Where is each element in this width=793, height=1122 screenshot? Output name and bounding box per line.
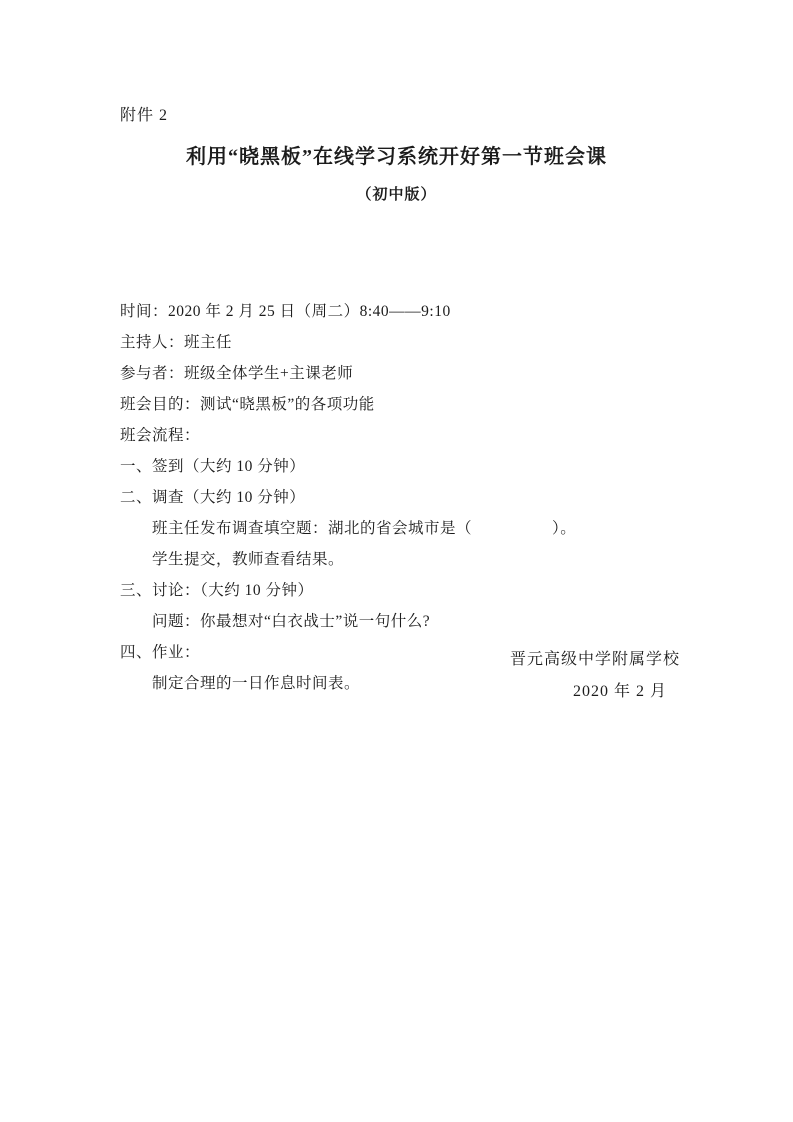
body-line: 时间：2020 年 2 月 25 日（周二）8:40——9:10 bbox=[120, 296, 698, 327]
body-line: 班会目的：测试“晓黑板”的各项功能 bbox=[120, 389, 698, 420]
attachment-label: 附件 2 bbox=[120, 102, 168, 125]
body-line: 学生提交，教师查看结果。 bbox=[120, 544, 698, 575]
signature-block: 晋元高级中学附属学校 2020 年 2 月 bbox=[510, 644, 680, 707]
signature-date: 2020 年 2 月 bbox=[510, 676, 680, 708]
document-page: 附件 2 利用“晓黑板”在线学习系统开好第一节班会课 （初中版） 时间：2020… bbox=[0, 0, 793, 1122]
document-subtitle: （初中版） bbox=[0, 183, 793, 204]
body-line: 班主任发布调查填空题：湖北的省会城市是（ ）。 bbox=[120, 513, 698, 544]
document-title: 利用“晓黑板”在线学习系统开好第一节班会课 bbox=[0, 140, 793, 169]
body-line: 主持人：班主任 bbox=[120, 327, 698, 358]
body-lines: 时间：2020 年 2 月 25 日（周二）8:40——9:10主持人：班主任参… bbox=[120, 203, 698, 699]
body-line: 三、讨论：（大约 10 分钟） bbox=[120, 575, 698, 606]
body-line: 一、签到（大约 10 分钟） bbox=[120, 451, 698, 482]
signature-school: 晋元高级中学附属学校 bbox=[510, 644, 680, 676]
body-line: 问题：你最想对“白衣战士”说一句什么? bbox=[120, 606, 698, 637]
body-line: 二、调查（大约 10 分钟） bbox=[120, 482, 698, 513]
body-line: 参与者：班级全体学生+主课老师 bbox=[120, 358, 698, 389]
body-line: 班会流程： bbox=[120, 420, 698, 451]
